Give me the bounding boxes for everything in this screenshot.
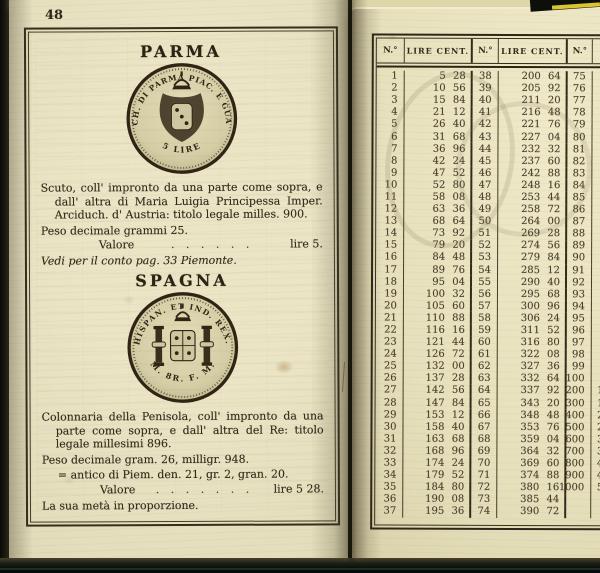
lire-cent-cell: 2112: [404, 106, 471, 118]
lire-cent-cell: 35904: [496, 433, 564, 445]
table-row: 201056057300969449632: [376, 300, 600, 313]
n-cell: 17: [376, 264, 403, 276]
n-cell: 8: [376, 155, 403, 167]
lire-cent-cell: 6864: [403, 215, 470, 227]
n-cell: 14: [376, 227, 403, 239]
header-rule: [377, 65, 600, 68]
n-cell: 66: [470, 409, 497, 421]
n-cell: 76: [566, 83, 592, 95]
parma-coin-wrap: DUCH. DI PARMA PIAC. E GUAST. 5 LIRE: [40, 61, 323, 179]
n-cell: 95: [565, 313, 591, 325]
table-row: 351848072380161000528000: [375, 481, 600, 494]
n-cell: 10: [376, 179, 403, 191]
n-cell: 36: [375, 493, 402, 505]
lire-cent-cell: 40656: [592, 95, 600, 107]
lire-cent-cell: 16368: [402, 433, 469, 445]
lire-cent-cell: 27456: [497, 240, 565, 252]
table-row: 191003256295689349104: [376, 288, 600, 301]
lire-cent-cell: 11088: [403, 312, 470, 324]
lire-cent-cell: 17952: [402, 469, 469, 481]
n-cell: 50: [470, 215, 497, 227]
lire-cent-cell: 25872: [497, 203, 565, 215]
n-cell: 60: [470, 336, 497, 348]
lire-cent-cell: 51744: [591, 349, 600, 361]
table-row: 33174247036960800422400: [375, 457, 600, 470]
lire-cent-cell: 5808: [403, 191, 470, 203]
lire-cent-cell: 38544: [496, 494, 564, 506]
n-cell: 35: [375, 481, 402, 493]
n-cell: 38: [471, 70, 498, 82]
lire-cent-cell: 42768: [591, 143, 600, 155]
n-cell: 52: [470, 240, 497, 252]
n-cell: 3: [377, 94, 404, 106]
n-cell: 40: [471, 95, 498, 107]
lire-cent-cell: 528: [404, 70, 471, 82]
n-cell: 600: [564, 433, 590, 445]
lire-cent-cell: 35376: [496, 421, 564, 433]
n-cell: 26: [376, 372, 403, 384]
lire-cent-cell: 16896: [402, 445, 469, 457]
lire-cent-cell: 369600: [590, 446, 600, 458]
n-cell: 54: [470, 264, 497, 276]
lire-cent-cell: 4752: [403, 167, 470, 179]
lire-cent-cell: 26400: [497, 216, 565, 228]
lire-cent-cell: 10560: [403, 300, 470, 312]
parma-valore-label: Valore: [99, 239, 134, 253]
header-lire-cent: LIRE CENT.: [404, 39, 471, 63]
n-cell: 97: [565, 337, 591, 349]
lire-cent-cell: 30096: [497, 300, 565, 312]
lire-cent-cell: 23760: [497, 155, 565, 167]
lire-cent-cell: 21648: [498, 107, 566, 119]
lire-cent-cell: 13200: [403, 360, 470, 372]
dot-leader: . . . . . . .: [135, 483, 273, 498]
n-cell: 69: [469, 445, 496, 457]
lire-cent-cell: 25344: [497, 191, 565, 203]
table-row: 14739251269288846464: [376, 227, 600, 240]
spagna-antico: = antico di Piem. den. 21, gr. 2, gran. …: [42, 468, 324, 483]
n-cell: 44: [470, 143, 497, 155]
spagna-valore-value: lire 5 28.: [274, 482, 324, 496]
spagna-meta: La sua metà in proporzione.: [42, 498, 324, 513]
left-page-frame: PARMA DUCH. DI PARMA PIAC. E GUAST.: [28, 30, 336, 522]
n-cell: 100: [565, 373, 591, 385]
table-row: 29153126634848400211200: [376, 409, 600, 422]
lire-cent-cell: 11616: [403, 324, 470, 336]
n-cell: 91: [565, 264, 591, 276]
n-cell: 81: [565, 143, 591, 155]
n-cell: 87: [565, 216, 591, 228]
lire-cent-cell: 34848: [497, 409, 565, 421]
table-row: 231214460316809751216: [376, 336, 600, 349]
table-row: 12633649258728645408: [376, 203, 600, 216]
table-row: 15792052274568946992: [376, 239, 600, 252]
n-cell: 72: [469, 482, 496, 494]
lire-cent-cell: 264000: [590, 421, 600, 433]
lire-cent-cell: [590, 506, 600, 518]
n-cell: 1000: [564, 482, 590, 494]
lire-cent-cell: 22176: [498, 119, 566, 131]
lire-cent-cell: 52272: [591, 361, 600, 373]
n-cell: 18: [376, 276, 403, 288]
n-cell: 43: [470, 131, 497, 143]
n-cell: 6: [376, 130, 403, 142]
lire-cent-cell: 32736: [497, 361, 565, 373]
lire-cent-cell: 9504: [403, 276, 470, 288]
n-cell: 57: [470, 300, 497, 312]
n-cell: 500: [564, 421, 590, 433]
n-cell: 75: [566, 71, 592, 83]
n-cell: 56: [470, 288, 497, 300]
n-cell: 83: [565, 167, 591, 179]
lire-cent-cell: 7920: [403, 239, 470, 251]
lire-cent-cell: 17424: [402, 457, 469, 469]
n-cell: 61: [470, 349, 497, 361]
n-cell: 41: [471, 107, 498, 119]
n-cell: 98: [565, 349, 591, 361]
n-cell: 30: [375, 421, 402, 433]
lire-cent-cell: 41712: [592, 119, 600, 131]
lire-cent-cell: 47520: [591, 252, 600, 264]
lire-cent-cell: 49632: [591, 301, 600, 313]
lire-cent-cell: 15840: [402, 421, 469, 433]
lire-cent-cell: 44880: [591, 192, 600, 204]
n-cell: 12: [376, 203, 403, 215]
table-row: 16844853279849047520: [376, 251, 600, 264]
spagna-peso: Peso decimale gram. 26, milligr. 948.: [42, 452, 324, 467]
n-cell: 73: [469, 494, 496, 506]
n-cell: 20: [376, 300, 403, 312]
n-cell: 82: [565, 155, 591, 167]
n-cell: 23: [376, 336, 403, 348]
table-row: 9475246242888343824: [376, 167, 600, 180]
n-cell: 4: [377, 106, 404, 118]
n-cell: 28: [376, 397, 403, 409]
table-row: 2105639205927640128: [377, 82, 600, 95]
left-page: 48 PARMA DUCH. DI PARMA PIAC.: [9, 0, 348, 560]
table-row: 241267261322089851744: [376, 348, 600, 361]
table-row: 211108858306249550160: [376, 312, 600, 325]
table-row: 4211241216487841184: [377, 106, 600, 119]
n-cell: 42: [471, 119, 498, 131]
n-cell: 49: [470, 203, 497, 215]
lire-cent-cell: 6336: [403, 203, 470, 215]
lire-cent-cell: 2640: [404, 118, 471, 130]
lire-cent-cell: 40128: [592, 83, 600, 95]
lire-cent-cell: 20064: [498, 70, 566, 82]
lire-cent-cell: 27984: [497, 252, 565, 264]
table-row: 17897654285129148048: [376, 264, 600, 277]
lire-cent-cell: 32208: [497, 349, 565, 361]
n-cell: 2: [377, 82, 404, 94]
n-cell: 89: [565, 240, 591, 252]
n-cell: 67: [469, 421, 496, 433]
table-row: 2613728633326410052800: [376, 372, 600, 385]
n-cell: 70: [469, 457, 496, 469]
lire-cent-cell: 22704: [497, 131, 565, 143]
lire-cent-cell: 33264: [497, 373, 565, 385]
n-cell: 47: [470, 179, 497, 191]
header-n: N.°: [471, 39, 498, 63]
n-cell: 62: [470, 361, 497, 373]
lire-cent-cell: 30624: [497, 312, 565, 324]
table-row: 11580848253448544880: [376, 191, 600, 204]
lire-cent-cell: 46992: [591, 240, 600, 252]
lire-cent-cell: 19536: [402, 505, 469, 517]
n-cell: 15: [376, 239, 403, 251]
n-cell: 68: [469, 433, 496, 445]
dot-leader: . . . . . .: [134, 238, 290, 253]
lire-cent-cell: 44352: [591, 180, 600, 192]
n-cell: 27: [376, 384, 403, 396]
n-cell: 58: [470, 312, 497, 324]
table-row: 36190087338544: [375, 493, 600, 506]
n-cell: [564, 506, 590, 518]
lire-cent-cell: 45936: [591, 216, 600, 228]
n-cell: 9: [376, 167, 403, 179]
lire-cent-cell: 316800: [590, 434, 600, 446]
lire-cent-cell: 1056: [404, 82, 471, 94]
table-body: 1528382006475396002105639205927640128315…: [375, 70, 600, 518]
spagna-coin: HISPAN. ET IND. REX. M. 8R. F. M.: [126, 291, 239, 404]
n-cell: 29: [376, 409, 403, 421]
lire-cent-cell: 34320: [497, 397, 565, 409]
n-cell: 39: [471, 82, 498, 94]
n-cell: 63: [470, 373, 497, 385]
table-row: 32168966936432700369600: [375, 445, 600, 458]
spagna-coin-wrap: HISPAN. ET IND. REX. M. 8R. F. M.: [41, 290, 324, 408]
n-cell: 85: [565, 192, 591, 204]
book-bottom-edge: [0, 558, 600, 573]
n-cell: 21: [376, 312, 403, 324]
lire-cent-cell: 8976: [403, 264, 470, 276]
lire-cent-cell: 31152: [497, 324, 565, 336]
n-cell: 48: [470, 191, 497, 203]
n-cell: 700: [564, 446, 590, 458]
n-cell: 19: [376, 288, 403, 300]
book-left-edge: [0, 0, 9, 573]
n-cell: 33: [375, 457, 402, 469]
table-row: 3158440211207740656: [377, 94, 600, 107]
lire-cent-cell: 21120: [498, 95, 566, 107]
lire-cent-cell: 45408: [591, 204, 600, 216]
table-row: 31163686835904600316800: [375, 433, 600, 446]
lire-cent-cell: 20592: [498, 83, 566, 95]
lire-cent-cell: 48576: [591, 276, 600, 288]
n-cell: 16: [376, 251, 403, 263]
lire-cent-cell: 19008: [402, 493, 469, 505]
n-cell: 99: [565, 361, 591, 373]
lire-cent-cell: 12144: [403, 336, 470, 348]
header-lire-cent: LIRE CENT.: [498, 39, 566, 63]
spagna-valore-line: Valore . . . . . . . lire 5 28.: [42, 482, 324, 497]
header-n: N.°: [566, 39, 592, 63]
table-row: 30158406735376500264000: [375, 421, 600, 434]
lire-cent-cell: 14256: [403, 385, 470, 397]
n-cell: 74: [469, 506, 496, 518]
lire-cent-cell: 3696: [403, 143, 470, 155]
lire-cent-cell: 7392: [403, 227, 470, 239]
page-number: 48: [45, 8, 63, 23]
lire-cent-cell: 28512: [497, 264, 565, 276]
lire-cent-cell: 3168: [403, 131, 470, 143]
n-cell: 65: [470, 397, 497, 409]
lire-cent-cell: 8448: [403, 252, 470, 264]
n-cell: 59: [470, 324, 497, 336]
lire-cent-cell: 15312: [403, 409, 470, 421]
lire-cent-cell: 49104: [591, 288, 600, 300]
n-cell: 7: [376, 143, 403, 155]
spain-shield-icon: [170, 330, 195, 360]
n-cell: 900: [564, 470, 590, 482]
lire-cent-cell: 43824: [591, 168, 600, 180]
lire-cent-cell: 42240: [591, 131, 600, 143]
n-cell: 300: [565, 397, 591, 409]
n-cell: 25: [376, 360, 403, 372]
n-cell: 88: [565, 228, 591, 240]
n-cell: 90: [565, 252, 591, 264]
table-row: 8422445237608243296: [376, 155, 600, 168]
lire-cent-cell: 105600: [591, 385, 600, 397]
lire-cent-cell: 528000: [590, 482, 600, 494]
lire-cent-cell: 39600: [592, 71, 600, 83]
parma-valore-value: lire 5.: [290, 238, 323, 252]
n-cell: 5: [377, 118, 404, 130]
parma-valore-line: Valore . . . . . . lire 5.: [41, 238, 323, 253]
spagna-description: Colonnaria della Penisola, coll' impront…: [42, 409, 324, 451]
n-cell: 46: [470, 167, 497, 179]
lire-cent-cell: 38016: [496, 482, 564, 494]
n-cell: 79: [566, 119, 592, 131]
lire-cent-cell: 37488: [496, 470, 564, 482]
header-lire-cent: LIRE CENT.: [592, 39, 600, 63]
n-cell: 96: [565, 325, 591, 337]
n-cell: 84: [565, 180, 591, 192]
lire-cent-cell: 43296: [591, 155, 600, 167]
lire-cent-cell: 12672: [403, 348, 470, 360]
table-row: 152838200647539600: [377, 70, 600, 83]
n-cell: 92: [565, 276, 591, 288]
table-row: 13686450264008745936: [376, 215, 600, 228]
lire-cent-cell: 51216: [591, 337, 600, 349]
lire-cent-cell: 23232: [497, 143, 565, 155]
lire-cent-cell: 31680: [497, 337, 565, 349]
spagna-valore-label: Valore: [100, 483, 135, 497]
parma-description: Scuto, coll' impronto da una parte come …: [41, 180, 323, 222]
lire-cent-cell: 41184: [592, 107, 600, 119]
n-cell: 37: [375, 505, 402, 517]
conversion-table: N.° LIRE CENT. N.° LIRE CENT. N.° LIRE C…: [374, 38, 600, 527]
n-cell: 34: [375, 469, 402, 481]
table-row: 251320062327369952272: [376, 360, 600, 373]
n-cell: [564, 494, 590, 506]
n-cell: 800: [564, 458, 590, 470]
n-cell: 51: [470, 228, 497, 240]
lire-cent-cell: 14784: [403, 397, 470, 409]
lire-cent-cell: 24816: [497, 179, 565, 191]
lire-cent-cell: 36960: [496, 457, 564, 469]
lire-cent-cell: 211200: [591, 409, 600, 421]
lire-cent-cell: 4224: [403, 155, 470, 167]
n-cell: 94: [565, 300, 591, 312]
n-cell: 64: [470, 385, 497, 397]
lire-cent-cell: 1584: [404, 94, 471, 106]
table-row: 37195367439072: [375, 505, 600, 518]
n-cell: 93: [565, 288, 591, 300]
lire-cent-cell: 39072: [496, 506, 564, 518]
n-cell: 11: [376, 191, 403, 203]
n-cell: 53: [470, 252, 497, 264]
n-cell: 1: [377, 70, 404, 82]
spagna-title: SPAGNA: [41, 270, 323, 290]
lire-cent-cell: [590, 494, 600, 506]
lire-cent-cell: 158400: [591, 397, 600, 409]
parma-title: PARMA: [40, 41, 322, 61]
table-row: 18950455290409248576: [376, 276, 600, 289]
n-cell: 77: [566, 95, 592, 107]
lire-cent-cell: 50160: [591, 313, 600, 325]
table-row: 6316843227048042240: [376, 130, 600, 143]
lire-cent-cell: 50688: [591, 325, 600, 337]
table-row: 34179527137488900475200: [375, 469, 600, 482]
right-page: N.° LIRE CENT. N.° LIRE CENT. N.° LIRE C…: [352, 7, 600, 560]
n-cell: 86: [565, 204, 591, 216]
n-cell: 55: [470, 276, 497, 288]
parma-coin: DUCH. DI PARMA PIAC. E GUAST. 5 LIRE: [125, 62, 238, 175]
lire-cent-cell: 36432: [496, 445, 564, 457]
lire-cent-cell: 26928: [497, 228, 565, 240]
lire-cent-cell: 46464: [591, 228, 600, 240]
lire-cent-cell: 29040: [497, 276, 565, 288]
parma-peso: Peso decimale grammi 25.: [41, 223, 323, 238]
header-n: N.°: [377, 39, 404, 63]
n-cell: 400: [565, 409, 591, 421]
n-cell: 71: [469, 469, 496, 481]
table-row: 27142566433792200105600: [376, 384, 600, 397]
table-row: 28147846534320300158400: [376, 397, 600, 410]
lire-cent-cell: 24288: [497, 167, 565, 179]
lire-cent-cell: 5280: [403, 179, 470, 191]
n-cell: 78: [566, 107, 592, 119]
lire-cent-cell: 33792: [497, 385, 565, 397]
n-cell: 24: [376, 348, 403, 360]
table-header-row: N.° LIRE CENT. N.° LIRE CENT. N.° LIRE C…: [377, 39, 600, 65]
lire-cent-cell: 10032: [403, 288, 470, 300]
n-cell: 31: [375, 433, 402, 445]
n-cell: 45: [470, 155, 497, 167]
n-cell: 32: [375, 445, 402, 457]
lire-cent-cell: 475200: [590, 470, 600, 482]
n-cell: 80: [565, 131, 591, 143]
n-cell: 13: [376, 215, 403, 227]
table-row: 221161659311529650688: [376, 324, 600, 337]
parma-note: Vedi per il conto pag. 33 Piemonte.: [41, 254, 323, 269]
lire-cent-cell: 29568: [497, 288, 565, 300]
table-row: 10528047248168444352: [376, 179, 600, 192]
lire-cent-cell: 13728: [403, 372, 470, 384]
n-cell: 200: [565, 385, 591, 397]
lire-cent-cell: 422400: [590, 458, 600, 470]
book-photo: 48 PARMA DUCH. DI PARMA PIAC.: [0, 0, 600, 573]
table-row: 5264042221767941712: [377, 118, 600, 131]
lire-cent-cell: 48048: [591, 264, 600, 276]
lire-cent-cell: 52800: [591, 373, 600, 385]
lire-cent-cell: 18480: [402, 481, 469, 493]
book-bottom-trim: [0, 568, 600, 570]
table-row: 7369644232328142768: [376, 143, 600, 156]
n-cell: 22: [376, 324, 403, 336]
